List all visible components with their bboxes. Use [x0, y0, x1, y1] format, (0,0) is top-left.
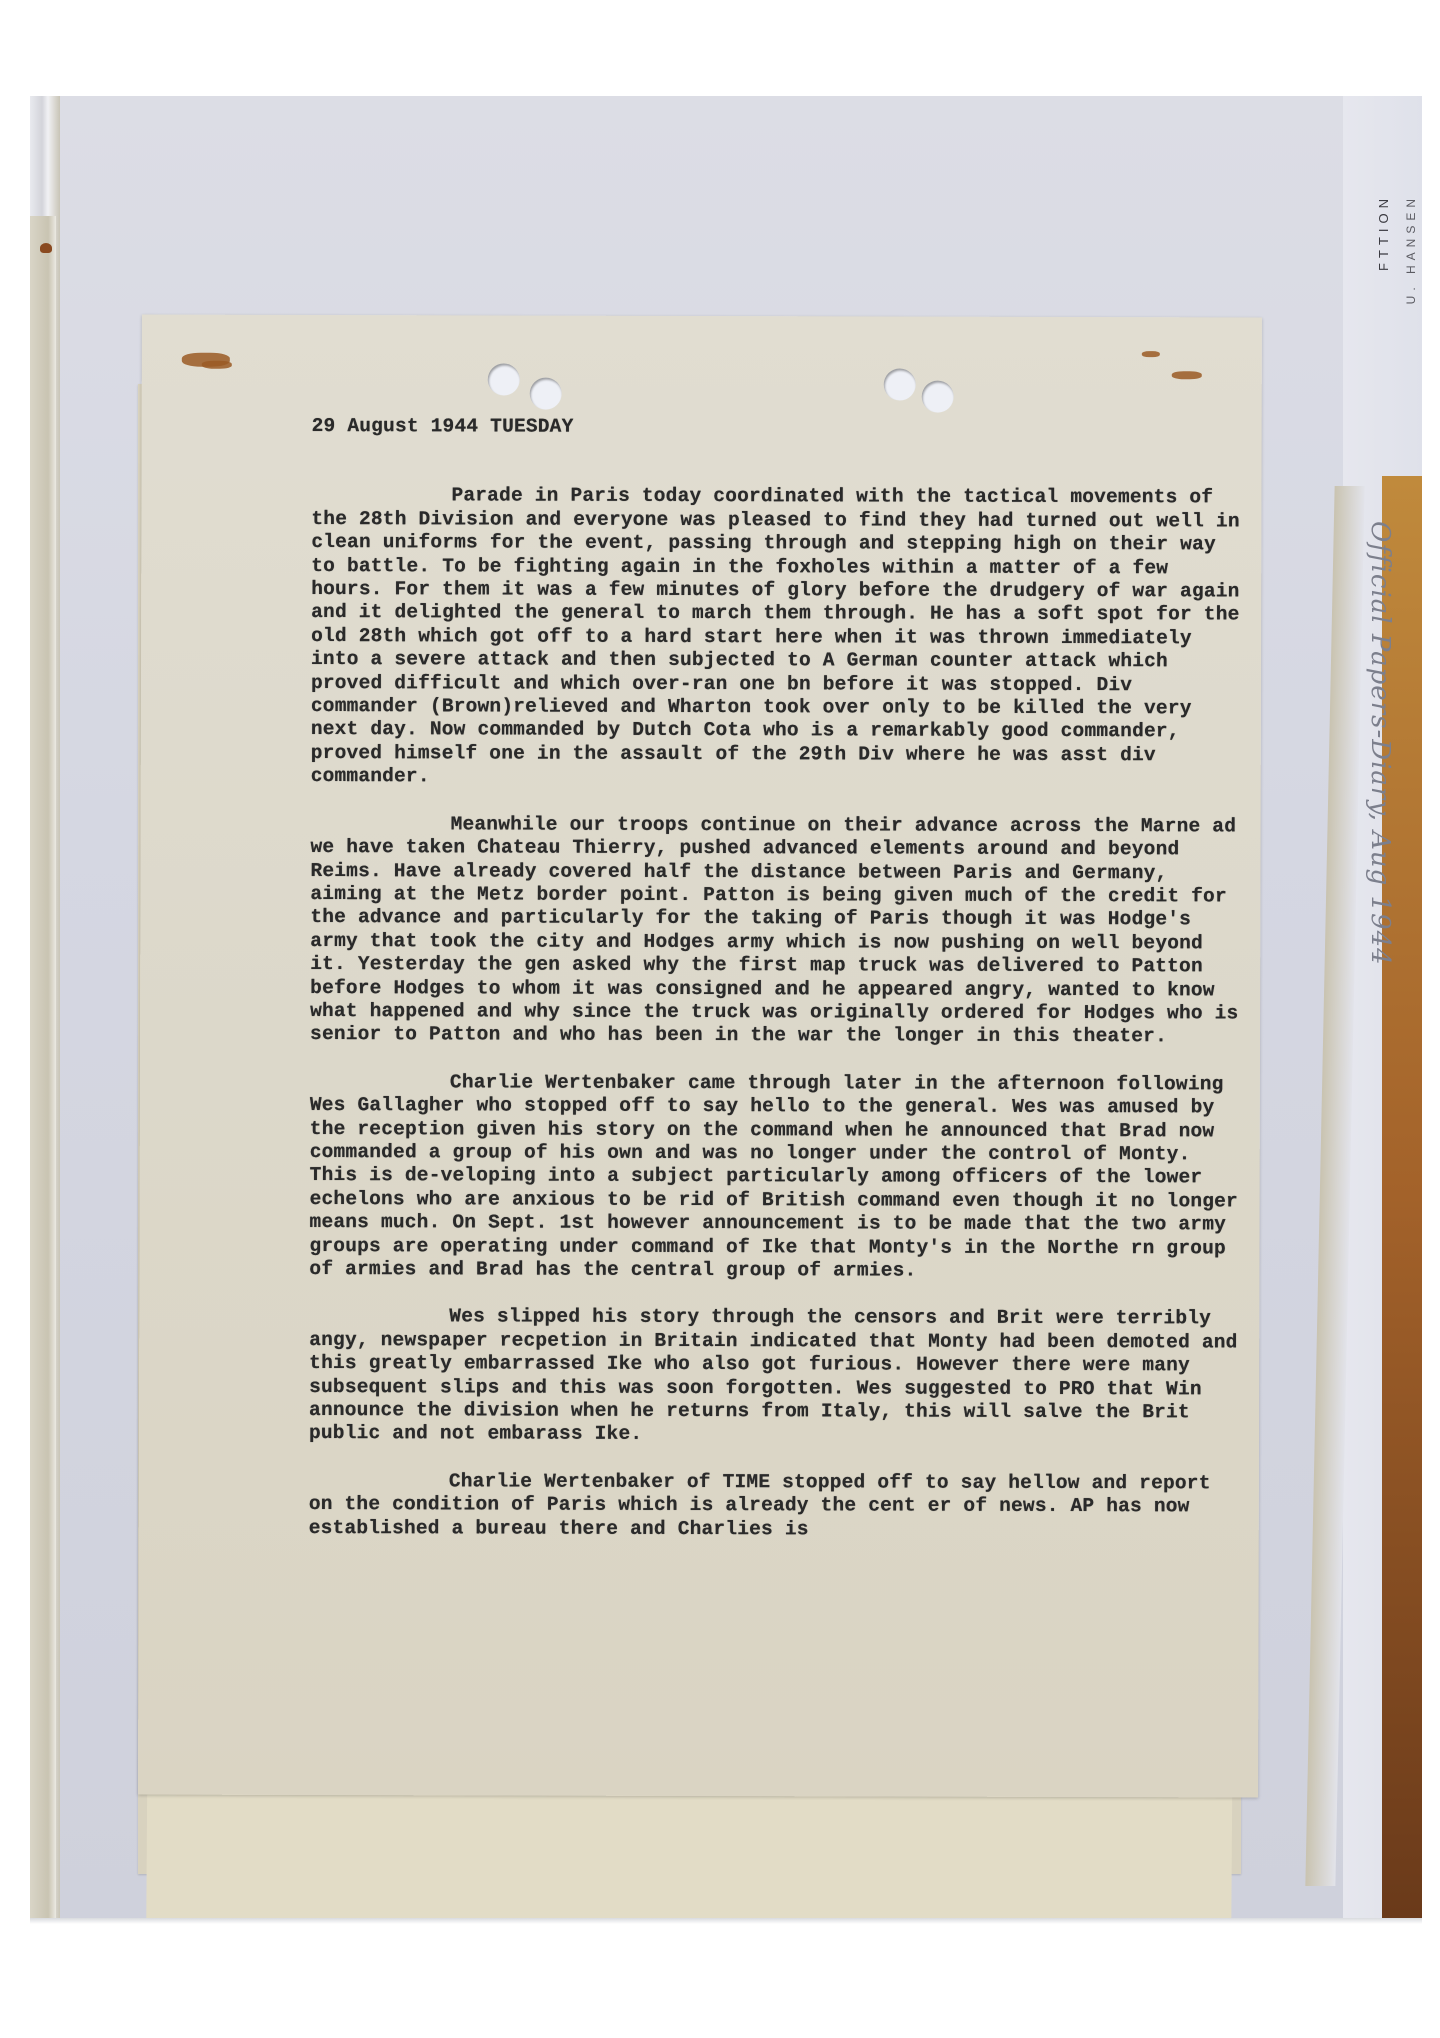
handwritten-folder-label: Official Papers-Diary, Aug 1944	[1365, 521, 1395, 966]
document-photo: FTTION U. HANSEN Official Papers-Diary, …	[30, 96, 1422, 1918]
punch-hole	[488, 363, 520, 395]
rust-stain	[202, 361, 232, 369]
paragraph: Parade in Paris today coordinated with t…	[311, 484, 1242, 791]
folder-stamp-text: FTTION	[1376, 194, 1391, 271]
paragraph: Charlie Wertenbaker came through later i…	[309, 1071, 1240, 1284]
paragraph: Wes slipped his story through the censor…	[309, 1305, 1239, 1448]
rust-stain	[1172, 371, 1202, 379]
punch-hole	[922, 381, 954, 413]
paragraph: Charlie Wertenbaker of TIME stopped off …	[309, 1470, 1239, 1543]
paragraph: Meanwhile our troops continue on their a…	[310, 813, 1241, 1049]
punch-hole	[530, 378, 562, 410]
entry-date: 29 August 1944 TUESDAY	[312, 415, 1242, 441]
typed-text-body: 29 August 1944 TUESDAY Parade in Paris t…	[309, 415, 1242, 1566]
rust-stain	[40, 243, 52, 253]
photo-bottom-edge	[30, 1918, 1422, 1924]
left-paper-stack-lower	[30, 216, 56, 1918]
typed-diary-page: 29 August 1944 TUESDAY Parade in Paris t…	[138, 315, 1262, 1798]
folder-stamp-text-secondary: U. HANSEN	[1404, 194, 1418, 304]
punch-hole	[884, 368, 916, 400]
rust-stain	[1142, 351, 1160, 357]
